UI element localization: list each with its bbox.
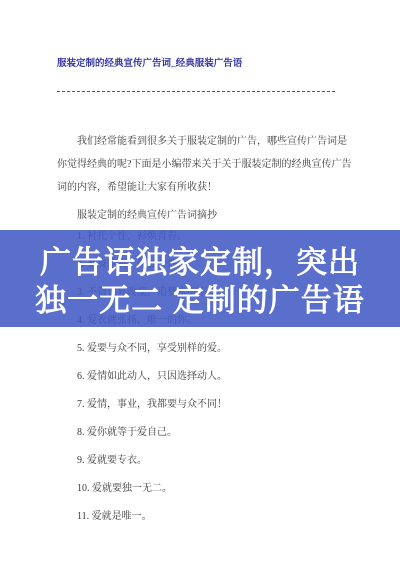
section-heading: 服装定制的经典宣传广告词摘抄 (57, 204, 353, 227)
slogan-item-8: 8. 爱你就等于爱自己。 (57, 427, 353, 439)
slogan-item-7: 7. 爱情，事业，我都要与众不同！ (57, 399, 353, 411)
slogan-item-5: 5. 爱要与众不同，享受别样的爱。 (57, 343, 353, 355)
promo-banner-overlay: 广告语独家定制，突出 独一无二 定制的广告语 (0, 230, 400, 327)
slogan-item-11: 11. 爱就是唯一。 (57, 511, 353, 523)
intro-paragraph: 我们经常能看到很多关于服装定制的广告，哪些宣传广告词是你觉得经典的呢?下面是小编… (57, 130, 353, 199)
slogan-item-6: 6. 爱情如此动人，只因选择动人。 (57, 371, 353, 383)
dashed-divider (57, 91, 335, 92)
promo-banner-line-1: 广告语独家定制，突出 (40, 244, 360, 282)
slogan-item-9: 9. 爱就要专衣。 (57, 455, 353, 467)
article-page: 服装定制的经典宣传广告词_经典服装广告语 我们经常能看到很多关于服装定制的广告，… (0, 0, 400, 566)
slogan-item-10: 10. 爱就要独一无二。 (57, 483, 353, 495)
article-title: 服装定制的经典宣传广告词_经典服装广告语 (57, 58, 353, 71)
promo-banner-line-2: 独一无二 定制的广告语 (35, 282, 365, 320)
